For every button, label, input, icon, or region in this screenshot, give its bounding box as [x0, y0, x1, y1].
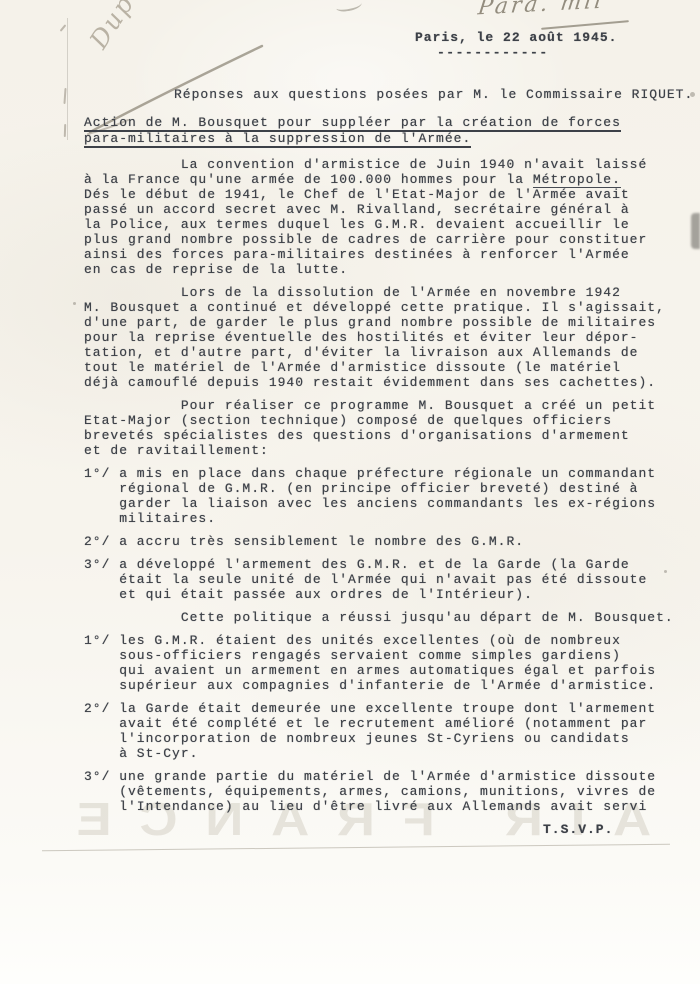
- paragraph: Pour réaliser ce programme M. Bousquet a…: [84, 398, 684, 458]
- body-line: d'une part, de garder le plus grand nomb…: [84, 315, 684, 330]
- paragraph: 1°/ les G.M.R. étaient des unités excell…: [84, 633, 684, 693]
- paragraph: Cette politique a réussi jusqu'au départ…: [84, 610, 684, 625]
- body-line: avait été complété et le recrutement amé…: [84, 716, 684, 731]
- body-line: Lors de la dissolution de l'Armée en nov…: [84, 285, 684, 300]
- document-title-line-2: para-militaires à la suppression de l'Ar…: [84, 131, 621, 146]
- body-line: 1°/ les G.M.R. étaient des unités excell…: [84, 633, 684, 648]
- body-line: tation, et d'autre part, d'éviter la liv…: [84, 345, 684, 360]
- dateline: Paris, le 22 août 1945.: [415, 30, 617, 45]
- pencil-annotation-top-right: Para. mil: [477, 0, 606, 20]
- body-line: M. Bousquet a continué et développé cett…: [84, 300, 684, 315]
- pencil-annotation-top-left: Dupuy: [84, 0, 159, 54]
- body-line: plus grand nombre possible de cadres de …: [84, 232, 684, 247]
- body-line: 2°/ la Garde était demeurée une excellen…: [84, 701, 684, 716]
- body-line: Cette politique a réussi jusqu'au départ…: [84, 610, 684, 625]
- paper-crease-vertical: [67, 18, 68, 140]
- paragraph: 1°/ a mis en place dans chaque préfectur…: [84, 466, 684, 526]
- paragraph: 2°/ la Garde était demeurée une excellen…: [84, 701, 684, 761]
- body-line: 2°/ a accru très sensiblement le nombre …: [84, 534, 684, 549]
- body-line: à la France qu'une armée de 100.000 homm…: [84, 172, 684, 187]
- body-line: passé un accord secret avec M. Rivalland…: [84, 202, 684, 217]
- paper-crease-horizontal: [42, 844, 670, 852]
- scan-smudge: [691, 213, 700, 249]
- body-line: l'Intendance) au lieu d'être livré aux A…: [84, 799, 684, 814]
- body-line: tout le matériel de l'Armée d'armistice …: [84, 360, 684, 375]
- body-line: Etat-Major (section technique) composé d…: [84, 413, 684, 428]
- body-line: 3°/ une grande partie du matériel de l'A…: [84, 769, 684, 784]
- body-line: Dés le début de 1941, le Chef de l'Etat-…: [84, 187, 684, 202]
- body-line: supérieur aux compagnies d'infanterie de…: [84, 678, 684, 693]
- body-line: 3°/ a développé l'armement des G.M.R. et…: [84, 557, 684, 572]
- body-line: et qui était passée aux ordres de l'Inté…: [84, 587, 684, 602]
- body-line: régional de G.M.R. (en principe officier…: [84, 481, 684, 496]
- pencil-underline-stroke: [541, 20, 629, 30]
- paragraph: 3°/ a développé l'armement des G.M.R. et…: [84, 557, 684, 602]
- tsvp-note: T.S.V.P.: [543, 822, 613, 837]
- body-line: à St-Cyr.: [84, 746, 684, 761]
- document-body: La convention d'armistice de Juin 1940 n…: [84, 157, 684, 822]
- body-line: la Police, aux termes duquel les G.M.R. …: [84, 217, 684, 232]
- paragraph: Lors de la dissolution de l'Armée en nov…: [84, 285, 684, 390]
- body-line: pour la reprise éventuelle des hostilité…: [84, 330, 684, 345]
- body-line: Pour réaliser ce programme M. Bousquet a…: [84, 398, 684, 413]
- body-line: (vêtements, équipements, armes, camions,…: [84, 784, 684, 799]
- body-line: garder la liaison avec les anciens comma…: [84, 496, 684, 511]
- document-title: Action de M. Bousquet pour suppléer par …: [84, 115, 621, 147]
- body-line: était la seule unité de l'Armée qui n'av…: [84, 572, 684, 587]
- body-line: déjà camouflé depuis 1940 restait évidem…: [84, 375, 684, 390]
- body-line: ainsi des forces para-militaires destiné…: [84, 247, 684, 262]
- body-line: 1°/ a mis en place dans chaque préfectur…: [84, 466, 684, 481]
- body-line: qui avaient un armement en armes automat…: [84, 663, 684, 678]
- body-line: et de ravitaillement:: [84, 443, 684, 458]
- scan-speck: [73, 302, 76, 305]
- body-line: l'incorporation de nombreux jeunes St-Cy…: [84, 731, 684, 746]
- paragraph: 3°/ une grande partie du matériel de l'A…: [84, 769, 684, 814]
- paragraph: 2°/ a accru très sensiblement le nombre …: [84, 534, 684, 549]
- margin-mark: [64, 124, 66, 137]
- subject-line: Réponses aux questions posées par M. le …: [174, 87, 693, 102]
- body-line: sous-officiers rengagés servaient comme …: [84, 648, 684, 663]
- document-title-line-1: Action de M. Bousquet pour suppléer par …: [84, 115, 621, 130]
- margin-mark: [60, 24, 67, 31]
- body-line: militaires.: [84, 511, 684, 526]
- dateline-underline: ------------: [437, 45, 549, 60]
- body-line: La convention d'armistice de Juin 1940 n…: [84, 157, 684, 172]
- scanned-document-page: Para. mil Dupuy AIR FRANCE Paris, le 22 …: [0, 0, 700, 984]
- body-line: en cas de reprise de la lutte.: [84, 262, 684, 277]
- paragraph: La convention d'armistice de Juin 1940 n…: [84, 157, 684, 277]
- faint-pencil-mark: [335, 0, 362, 13]
- body-line: brevetés spécialistes des questions d'or…: [84, 428, 684, 443]
